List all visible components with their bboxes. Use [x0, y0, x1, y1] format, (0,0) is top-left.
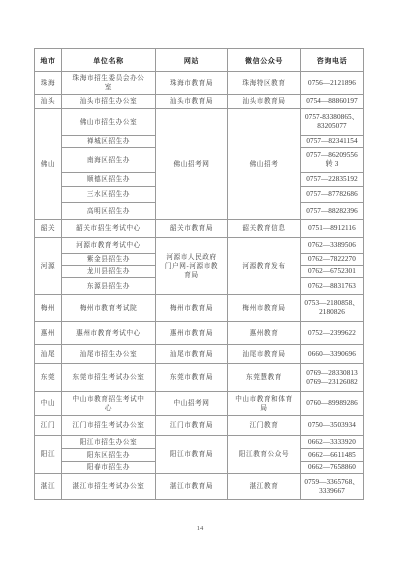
website-cell: 佛山招考网 — [156, 109, 228, 220]
unit-name-cell: 三水区招生办 — [62, 187, 156, 203]
wechat-cell: 湛江教育 — [228, 474, 301, 500]
phone-cell: 0660—3390696 — [301, 345, 364, 364]
wechat-cell: 惠州教育 — [228, 322, 301, 345]
city-cell: 梅州 — [34, 295, 62, 322]
phone-cell: 0752—2399622 — [301, 322, 364, 345]
website-cell: 梅州市教育局 — [156, 295, 228, 322]
phone-cell: 0662—7658860 — [301, 462, 364, 474]
phone-cell: 0662—6611485 — [301, 449, 364, 462]
city-cell: 中山 — [34, 392, 62, 416]
phone-cell: 0751—8912116 — [301, 220, 364, 238]
unit-name-cell: 阳江市招生办公室 — [62, 436, 156, 449]
wechat-cell: 梅州市教育局 — [228, 295, 301, 322]
phone-cell: 0753—2180858、 2180826 — [301, 295, 364, 322]
website-cell: 湛江市教育局 — [156, 474, 228, 500]
unit-name-cell: 南海区招生办 — [62, 148, 156, 173]
phone-cell: 0757—82341154 — [301, 136, 364, 148]
header-phone: 咨询电话 — [301, 48, 364, 72]
city-cell: 佛山 — [34, 109, 62, 220]
phone-cell: 0757—87782686 — [301, 187, 364, 203]
website-cell: 惠州市教育局 — [156, 322, 228, 345]
phone-cell: 0762—6752301 — [301, 266, 364, 278]
unit-name-cell: 紫金县招生办 — [62, 254, 156, 266]
unit-name-cell: 湛江市招生考试办公室 — [62, 474, 156, 500]
phone-cell: 0757—86209556 转 3 — [301, 148, 364, 173]
website-cell: 阳江市教育局 — [156, 436, 228, 474]
unit-name-cell: 珠海市招生委员会办公 室 — [62, 72, 156, 95]
city-cell: 阳江 — [34, 436, 62, 474]
contact-table: 地市单位名称网站微信公众号咨询电话珠海珠海市教育局珠海特区教育珠海市招生委员会办… — [34, 48, 364, 500]
wechat-cell: 江门教育 — [228, 416, 301, 436]
website-cell: 河源市人民政府 门户网-河源市教 育局 — [156, 238, 228, 295]
unit-name-cell: 惠州市教育考试中心 — [62, 322, 156, 345]
website-cell: 中山招考网 — [156, 392, 228, 416]
city-cell: 汕尾 — [34, 345, 62, 364]
website-cell: 江门市教育局 — [156, 416, 228, 436]
header-website: 网站 — [156, 48, 228, 72]
city-cell: 珠海 — [34, 72, 62, 95]
wechat-cell: 东莞慧教育 — [228, 364, 301, 392]
unit-name-cell: 河源市教育考试中心 — [62, 238, 156, 254]
city-cell: 韶关 — [34, 220, 62, 238]
unit-name-cell: 汕尾市招生办公室 — [62, 345, 156, 364]
unit-name-cell: 汕头市招生办公室 — [62, 95, 156, 109]
header-wechat: 微信公众号 — [228, 48, 301, 72]
document-page: 地市单位名称网站微信公众号咨询电话珠海珠海市教育局珠海特区教育珠海市招生委员会办… — [0, 0, 400, 565]
website-cell: 东莞市教育局 — [156, 364, 228, 392]
phone-cell: 0757—22835192 — [301, 173, 364, 187]
website-cell: 韶关市教育局 — [156, 220, 228, 238]
phone-cell: 0762—7822270 — [301, 254, 364, 266]
wechat-cell: 汕头市教育局 — [228, 95, 301, 109]
phone-cell: 0750—3503934 — [301, 416, 364, 436]
phone-cell: 0762—8831763 — [301, 278, 364, 295]
unit-name-cell: 阳东区招生办 — [62, 449, 156, 462]
unit-name-cell: 阳春市招生办 — [62, 462, 156, 474]
website-cell: 汕头市教育局 — [156, 95, 228, 109]
city-cell: 河源 — [34, 238, 62, 295]
phone-cell: 0756—2121896 — [301, 72, 364, 95]
unit-name-cell: 中山市教育招生考试中 心 — [62, 392, 156, 416]
city-cell: 汕头 — [34, 95, 62, 109]
unit-name-cell: 龙川县招生办 — [62, 266, 156, 278]
phone-cell: 0769—28330813 0769—23126082 — [301, 364, 364, 392]
wechat-cell: 中山市教育和体育 局 — [228, 392, 301, 416]
website-cell: 珠海市教育局 — [156, 72, 228, 95]
unit-name-cell: 韶关市招生考试中心 — [62, 220, 156, 238]
page-number: 14 — [0, 525, 400, 532]
unit-name-cell: 高明区招生办 — [62, 203, 156, 220]
unit-name-cell: 江门市招生考试办公室 — [62, 416, 156, 436]
wechat-cell: 汕尾市教育局 — [228, 345, 301, 364]
wechat-cell: 河源教育发布 — [228, 238, 301, 295]
unit-name-cell: 佛山市招生办公室 — [62, 109, 156, 136]
wechat-cell: 阳江教育公众号 — [228, 436, 301, 474]
website-cell: 汕尾市教育局 — [156, 345, 228, 364]
phone-cell: 0757-83380865、 83205077 — [301, 109, 364, 136]
phone-cell: 0762—3389506 — [301, 238, 364, 254]
phone-cell: 0759—3365768、 3339667 — [301, 474, 364, 500]
header-city: 地市 — [34, 48, 62, 72]
unit-name-cell: 东源县招生办 — [62, 278, 156, 295]
wechat-cell: 珠海特区教育 — [228, 72, 301, 95]
unit-name-cell: 顺德区招生办 — [62, 173, 156, 187]
wechat-cell: 韶关教育信息 — [228, 220, 301, 238]
header-unit-name: 单位名称 — [62, 48, 156, 72]
city-cell: 惠州 — [34, 322, 62, 345]
wechat-cell: 佛山招考 — [228, 109, 301, 220]
city-cell: 江门 — [34, 416, 62, 436]
city-cell: 东莞 — [34, 364, 62, 392]
phone-cell: 0662—3333920 — [301, 436, 364, 449]
phone-cell: 0754—88860197 — [301, 95, 364, 109]
unit-name-cell: 东莞市招生考试办公室 — [62, 364, 156, 392]
phone-cell: 0757—88282396 — [301, 203, 364, 220]
unit-name-cell: 梅州市教育考试院 — [62, 295, 156, 322]
phone-cell: 0760—89989286 — [301, 392, 364, 416]
unit-name-cell: 禅城区招生办 — [62, 136, 156, 148]
city-cell: 湛江 — [34, 474, 62, 500]
